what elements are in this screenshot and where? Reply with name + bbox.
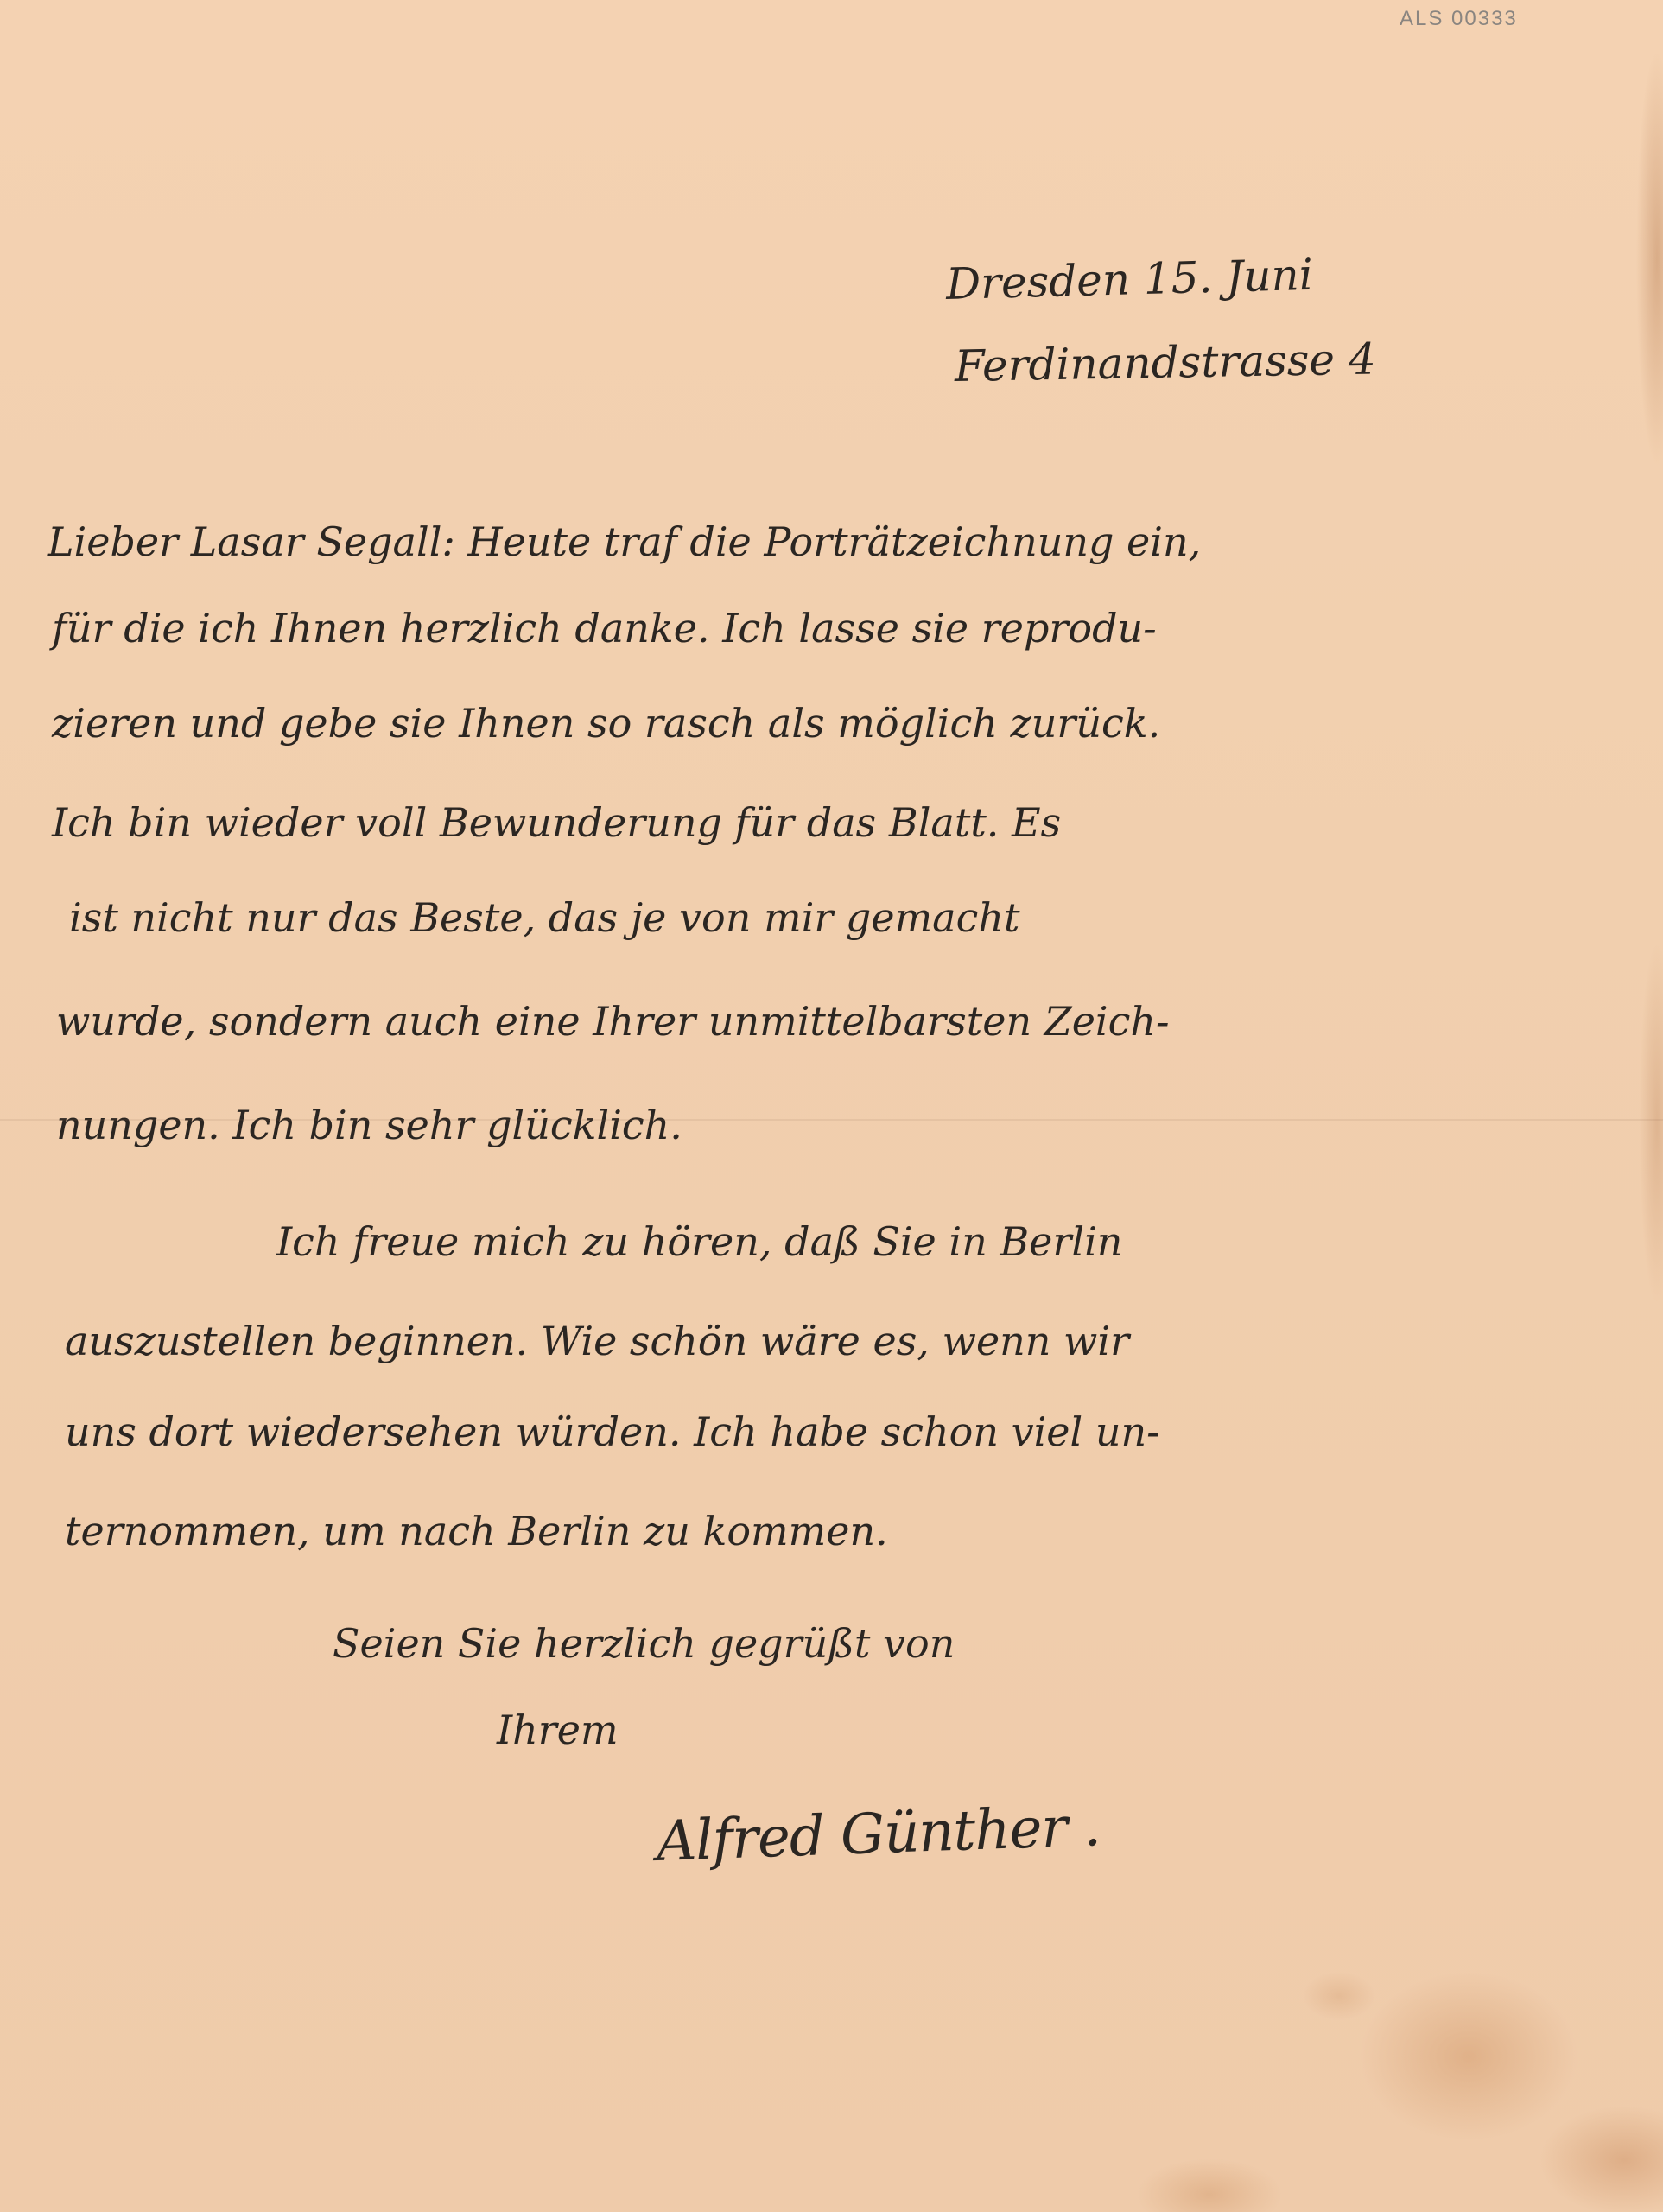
body-line: Ich freue mich zu hören, daß Sie in Berl… xyxy=(276,1218,1122,1265)
body-line: Lieber Lasar Segall: Heute traf die Port… xyxy=(48,518,1201,565)
closing-greeting: Seien Sie herzlich gegrüßt von xyxy=(333,1620,955,1667)
archive-id-stamp: ALS 00333 xyxy=(1400,7,1518,31)
body-line: Ich bin wieder voll Bewunderung für das … xyxy=(52,799,1061,846)
body-line: auszustellen beginnen. Wie schön wäre es… xyxy=(65,1318,1129,1364)
body-line: wurde, sondern auch eine Ihrer unmittelb… xyxy=(56,998,1170,1045)
body-line: ternommen, um nach Berlin zu kommen. xyxy=(65,1508,888,1554)
body-line: uns dort wiedersehen würden. Ich habe sc… xyxy=(65,1408,1160,1455)
body-line: nungen. Ich bin sehr glücklich. xyxy=(56,1102,682,1148)
body-line: ist nicht nur das Beste, das je von mir … xyxy=(69,894,1019,941)
paper-fold-line xyxy=(0,1119,1663,1121)
body-line: zieren und gebe sie Ihnen so rasch als m… xyxy=(52,700,1160,747)
letter-page: ALS 00333 Dresden 15. Juni Ferdinandstra… xyxy=(0,0,1663,2212)
closing-yours: Ihrem xyxy=(497,1707,619,1753)
signature: Alfred Günther . xyxy=(656,1795,1101,1874)
letter-address: Ferdinandstrasse 4 xyxy=(954,334,1376,391)
body-line: für die ich Ihnen herzlich danke. Ich la… xyxy=(52,605,1157,652)
letter-place-date: Dresden 15. Juni xyxy=(945,250,1313,309)
